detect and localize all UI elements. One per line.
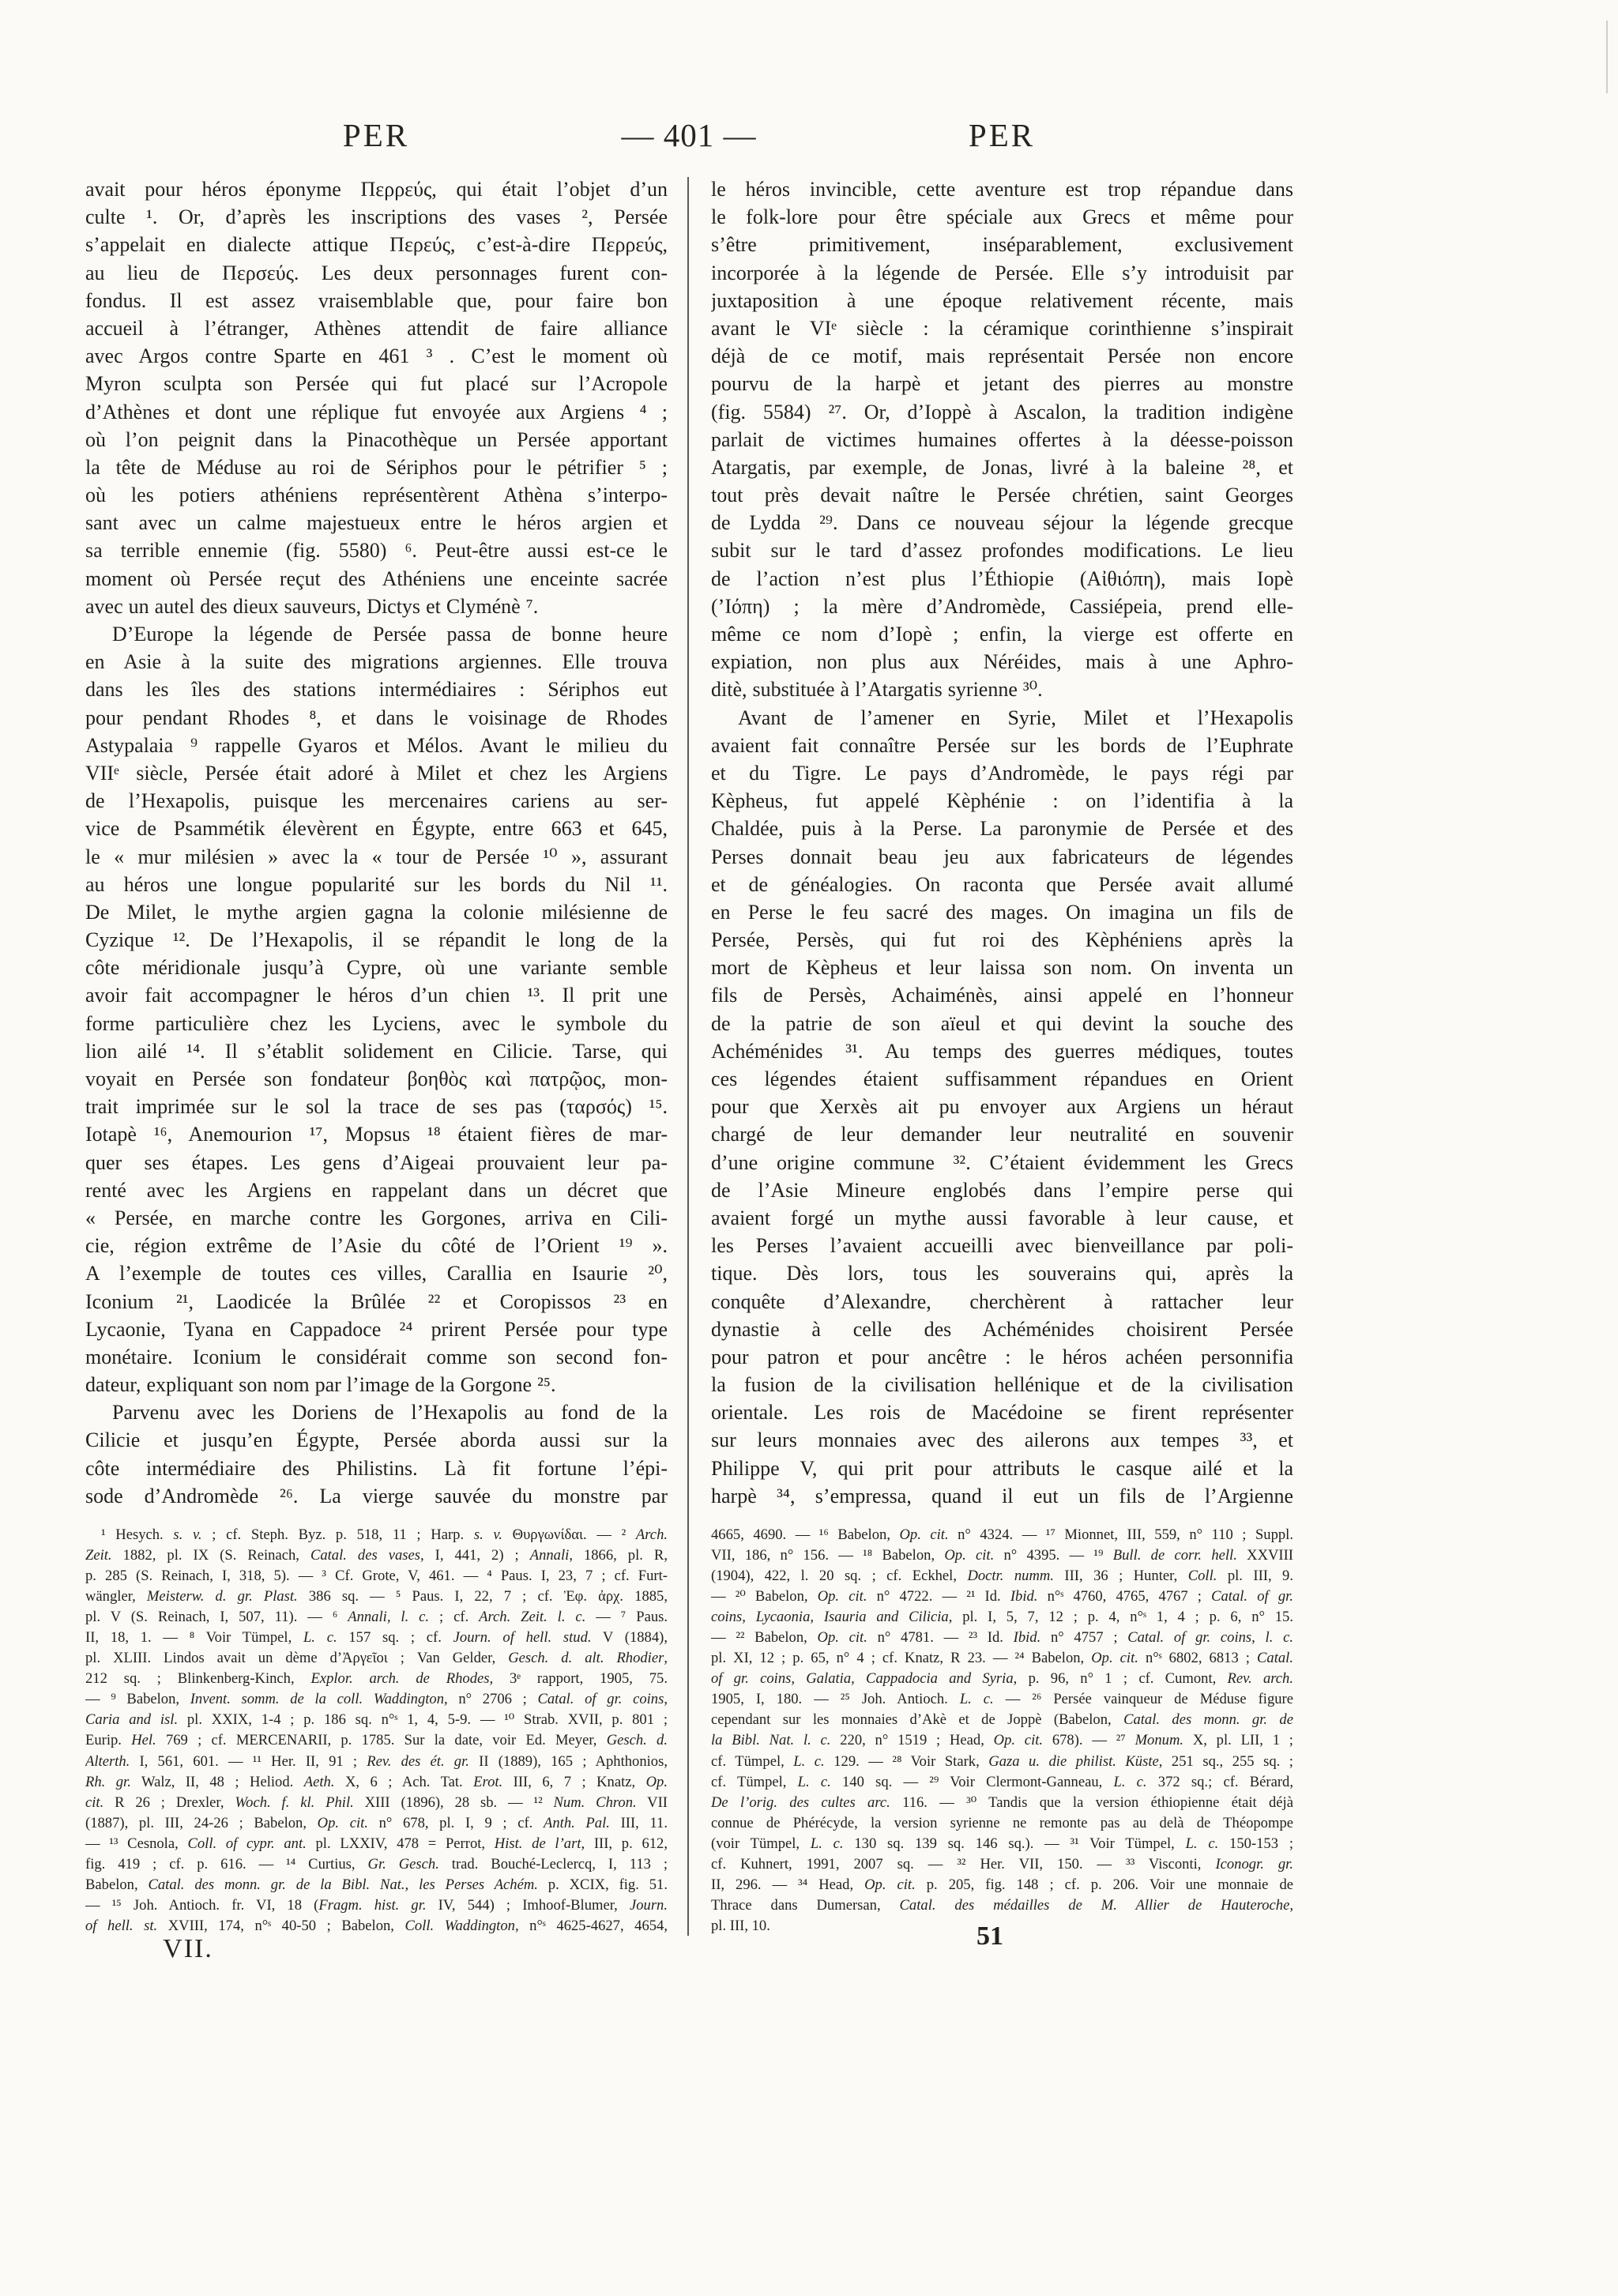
scan-edge-artifact bbox=[1606, 21, 1608, 93]
left-text-column: avait pour héros éponyme Περρεύς, qui ét… bbox=[85, 175, 668, 1510]
body-text-line: conquête d’Alexandre, cherchèrent à ratt… bbox=[711, 1288, 1293, 1315]
body-text-line: expiation, non plus aux Néréides, mais à… bbox=[711, 648, 1293, 676]
body-text-line: et du Tigre. Le pays d’Andromède, le pay… bbox=[711, 759, 1293, 787]
scanned-dictionary-page: PER — 401 — PER avait pour héros éponyme… bbox=[0, 0, 1618, 2296]
body-text-line: Iconium ²¹, Laodicée la Brûlée ²² et Cor… bbox=[85, 1288, 668, 1315]
body-text-line: trait imprimée sur le sol la trace de se… bbox=[85, 1093, 668, 1120]
body-text-line: forme particulière chez les Lyciens, ave… bbox=[85, 1010, 668, 1037]
body-text-line: s’être primitivement, inséparablement, e… bbox=[711, 231, 1293, 258]
body-text-line: de l’Asie Mineure englobés dans l’empire… bbox=[711, 1176, 1293, 1204]
body-text-line: orientale. Les rois de Macédoine se fire… bbox=[711, 1398, 1293, 1426]
body-text-line: les Perses l’avaient accueilli avec bien… bbox=[711, 1232, 1293, 1259]
body-text-line: où l’on peignit dans la Pinacothèque un … bbox=[85, 426, 668, 454]
body-text-line: en Perse le feu sacré des mages. On imag… bbox=[711, 898, 1293, 926]
body-text-line: sode d’Andromède ²⁶. La vierge sauvée du… bbox=[85, 1482, 668, 1510]
body-text-line: harpè ³⁴, s’empressa, quand il eut un fi… bbox=[711, 1482, 1293, 1510]
body-text-line: dans les îles des stations intermédiaire… bbox=[85, 676, 668, 703]
sheet-signature: 51 bbox=[946, 1921, 1033, 1952]
footnote-line: cependant sur les monnaies d’Akè et de J… bbox=[711, 1710, 1293, 1730]
body-text-line: pour pendant Rhodes ⁸, et dans le voisin… bbox=[85, 704, 668, 732]
body-text-line: Philippe V, qui prit pour attributs le c… bbox=[711, 1455, 1293, 1482]
body-text-line: mort de Kèpheus et leur laissa son nom. … bbox=[711, 954, 1293, 981]
body-text-line: Iotapè ¹⁶, Anemourion ¹⁷, Mopsus ¹⁸ étai… bbox=[85, 1120, 668, 1148]
volume-signature: VII. bbox=[125, 1934, 251, 1964]
footnote-line: (1887), pl. III, 24-26 ; Babelon, Op. ci… bbox=[85, 1813, 668, 1834]
body-text-line: VIIᵉ siècle, Persée était adoré à Milet … bbox=[85, 759, 668, 787]
body-text-line: (’Ιόπη) ; la mère d’Andromède, Cassiépei… bbox=[711, 593, 1293, 620]
footnote-line: — ²⁰ Babelon, Op. cit. n° 4722. — ²¹ Id.… bbox=[711, 1586, 1293, 1607]
footnote-line: Eurip. Hel. 769 ; cf. MERCENARII, p. 178… bbox=[85, 1730, 668, 1751]
footnote-line: — ¹⁵ Joh. Antioch. fr. VI, 18 (Fragm. hi… bbox=[85, 1895, 668, 1916]
footnote-line: coins, Lycaonia, Isauria and Cilicia, pl… bbox=[711, 1607, 1293, 1628]
column-divider-rule bbox=[687, 177, 689, 1936]
body-text-line: Atargatis, par exemple, de Jonas, livré … bbox=[711, 454, 1293, 481]
body-text-line: voyait en Persée son fondateur βοηθὸς κα… bbox=[85, 1065, 668, 1093]
body-text-line: D’Europe la légende de Persée passa de b… bbox=[85, 620, 668, 648]
body-text-line: avec un autel des dieux sauveurs, Dictys… bbox=[85, 593, 668, 620]
footnote-line: wängler, Meisterw. d. gr. Plast. 386 sq.… bbox=[85, 1586, 668, 1607]
body-text-line: renté avec les Argiens en rappelant dans… bbox=[85, 1176, 668, 1204]
body-text-line: Lycaonie, Tyana en Cappadoce ²⁴ prirent … bbox=[85, 1315, 668, 1343]
body-text-line: d’une origine commune ³². C’étaient évid… bbox=[711, 1149, 1293, 1176]
body-text-line: incorporée à la légende de Persée. Elle … bbox=[711, 259, 1293, 287]
body-text-line: Persée, Persès, qui fut roi des Kèphénie… bbox=[711, 926, 1293, 954]
body-text-line: s’appelait en dialecte attique Περεύς, c… bbox=[85, 231, 668, 258]
right-footnotes: 4665, 4690. — ¹⁶ Babelon, Op. cit. n° 43… bbox=[711, 1525, 1293, 1937]
body-text-line: côte méridionale jusqu’à Cypre, où une v… bbox=[85, 954, 668, 981]
footnote-line: (1904), 422, l. 20 sq. ; cf. Eckhel, Doc… bbox=[711, 1566, 1293, 1586]
footnote-line: cf. Tümpel, L. c. 129. — ²⁸ Voir Stark, … bbox=[711, 1752, 1293, 1772]
footnote-line: cit. R 26 ; Drexler, Woch. f. kl. Phil. … bbox=[85, 1793, 668, 1813]
footnote-line: VII, 186, n° 156. — ¹⁸ Babelon, Op. cit.… bbox=[711, 1545, 1293, 1566]
body-text-line: dynastie à celle des Achéménides choisir… bbox=[711, 1315, 1293, 1343]
body-text-line: même ce nom d’Iopè ; enfin, la vierge es… bbox=[711, 620, 1293, 648]
body-text-line: quer ses étapes. Les gens d’Aigeai prouv… bbox=[85, 1149, 668, 1176]
body-text-line: A l’exemple de toutes ces villes, Carall… bbox=[85, 1259, 668, 1287]
body-text-line: monétaire. Iconium le considérait comme … bbox=[85, 1343, 668, 1371]
body-text-line: avaient fait connaître Persée sur les bo… bbox=[711, 732, 1293, 759]
footnote-line: II, 18, 1. — ⁸ Voir Tümpel, L. c. 157 sq… bbox=[85, 1628, 668, 1648]
body-text-line: pourvu de la harpè et jetant des pierres… bbox=[711, 370, 1293, 397]
body-text-line: ditè, substituée à l’Atargatis syrienne … bbox=[711, 676, 1293, 703]
body-text-line: moment où Persée reçut des Athéniens une… bbox=[85, 565, 668, 593]
body-text-line: d’Athènes et dont une réplique fut envoy… bbox=[85, 398, 668, 426]
body-text-line: chargé de leur demander leur neutralité … bbox=[711, 1120, 1293, 1148]
body-text-line: subit sur le tard d’assez profondes modi… bbox=[711, 536, 1293, 564]
body-text-line: la tête de Méduse au roi de Sériphos pou… bbox=[85, 454, 668, 481]
body-text-line: De Milet, le mythe argien gagna la colon… bbox=[85, 898, 668, 926]
footnote-line: of gr. coins, Galatia, Cappadocia and Sy… bbox=[711, 1669, 1293, 1689]
body-text-line: lion ailé ¹⁴. Il s’établit solidement en… bbox=[85, 1037, 668, 1065]
body-text-line: cie, région extrême de l’Asie du côté de… bbox=[85, 1232, 668, 1259]
body-text-line: Cyzique ¹². De l’Hexapolis, il se répand… bbox=[85, 926, 668, 954]
body-text-line: de l’Hexapolis, puisque les mercenaires … bbox=[85, 787, 668, 815]
footnote-line: Alterth. I, 561, 601. — ¹¹ Her. II, 91 ;… bbox=[85, 1752, 668, 1772]
footnote-line: 1905, I, 180. — ²⁵ Joh. Antioch. L. c. —… bbox=[711, 1689, 1293, 1710]
body-text-line: de l’action n’est plus l’Éthiopie (Αἰθιό… bbox=[711, 565, 1293, 593]
body-text-line: la fusion de la civilisation hellénique … bbox=[711, 1371, 1293, 1398]
body-text-line: de Lydda ²⁹. Dans ce nouveau séjour la l… bbox=[711, 509, 1293, 536]
body-text-line: culte ¹. Or, d’après les inscriptions de… bbox=[85, 203, 668, 231]
body-text-line: tout près devait naître le Persée chréti… bbox=[711, 481, 1293, 509]
running-title-right: PER bbox=[939, 117, 1065, 153]
body-text-line: Astypalaia ⁹ rappelle Gyaros et Mélos. A… bbox=[85, 732, 668, 759]
body-text-line: avaient forgé un mythe aussi favorable à… bbox=[711, 1204, 1293, 1232]
body-text-line: où les potiers athéniens représentèrent … bbox=[85, 481, 668, 509]
body-text-line: Parvenu avec les Doriens de l’Hexapolis … bbox=[85, 1398, 668, 1426]
footnote-line: connue de Phérécyde, la version syrienne… bbox=[711, 1813, 1293, 1834]
body-text-line: Achéménides ³¹. Au temps des guerres méd… bbox=[711, 1037, 1293, 1065]
footnote-line: p. 285 (S. Reinach, I, 318, 5). — ³ Cf. … bbox=[85, 1566, 668, 1586]
body-text-line: Avant de l’amener en Syrie, Milet et l’H… bbox=[711, 704, 1293, 732]
body-text-line: ces légendes étaient suffisamment répand… bbox=[711, 1065, 1293, 1093]
body-text-line: au lieu de Περσεύς. Les deux personnages… bbox=[85, 259, 668, 287]
body-text-line: le héros invincible, cette aventure est … bbox=[711, 175, 1293, 203]
body-text-line: Chaldée, puis à la Perse. La paronymie d… bbox=[711, 815, 1293, 842]
body-text-line: avait pour héros éponyme Περρεύς, qui ét… bbox=[85, 175, 668, 203]
body-text-line: pour que Xerxès ait pu envoyer aux Argie… bbox=[711, 1093, 1293, 1120]
body-text-line: juxtaposition à une époque relativement … bbox=[711, 287, 1293, 314]
footnote-line: fig. 419 ; cf. p. 616. — ¹⁴ Curtius, Gr.… bbox=[85, 1854, 668, 1875]
body-text-line: en Asie à la suite des migrations argien… bbox=[85, 648, 668, 676]
body-text-line: pour patron et pour ancêtre : le héros a… bbox=[711, 1343, 1293, 1371]
footnote-line: cf. Tümpel, L. c. 140 sq. — ²⁹ Voir Cler… bbox=[711, 1772, 1293, 1793]
footnote-line: ¹ Hesych. s. v. ; cf. Steph. Byz. p. 518… bbox=[85, 1525, 668, 1545]
body-text-line: fils de Persès, Achaiménès, ainsi appelé… bbox=[711, 981, 1293, 1009]
body-text-line: dateur, expliquant son nom par l’image d… bbox=[85, 1371, 668, 1398]
body-text-line: avoir fait accompagner le héros d’un chi… bbox=[85, 981, 668, 1009]
page-number: — 401 — bbox=[594, 117, 784, 153]
body-text-line: « Persée, en marche contre les Gorgones,… bbox=[85, 1204, 668, 1232]
footnote-line: De l’orig. des cultes arc. 116. — ³⁰ Tan… bbox=[711, 1793, 1293, 1813]
footnote-line: cf. Kuhnert, 1991, 2007 sq. — ³² Her. VI… bbox=[711, 1854, 1293, 1875]
body-text-line: fondus. Il est assez vraisemblable que, … bbox=[85, 287, 668, 314]
body-text-line: Cilicie et jusqu’en Égypte, Persée abord… bbox=[85, 1426, 668, 1454]
body-text-line: avant le VIᵉ siècle : la céramique corin… bbox=[711, 314, 1293, 342]
body-text-line: Perses donnait beau jeu aux fabricateurs… bbox=[711, 843, 1293, 871]
footnote-line: la Bibl. Nat. l. c. 220, n° 1519 ; Head,… bbox=[711, 1730, 1293, 1751]
body-text-line: le folk-lore pour être spéciale aux Grec… bbox=[711, 203, 1293, 231]
left-footnotes: ¹ Hesych. s. v. ; cf. Steph. Byz. p. 518… bbox=[85, 1525, 668, 1937]
footnote-line: 212 sq. ; Blinkenberg-Kinch, Explor. arc… bbox=[85, 1669, 668, 1689]
body-text-line: Myron sculpta son Persée qui fut placé s… bbox=[85, 370, 668, 397]
body-text-line: déjà de ce motif, mais représentait Pers… bbox=[711, 342, 1293, 370]
body-text-line: sa terrible ennemie (fig. 5580) ⁶. Peut-… bbox=[85, 536, 668, 564]
body-text-line: le « mur milésien » avec la « tour de Pe… bbox=[85, 843, 668, 871]
footnote-line: (voir Tümpel, L. c. 130 sq. 139 sq. 146 … bbox=[711, 1834, 1293, 1854]
footnote-line: pl. XLIII. Lindos avait un dème d’Ἀργεῖο… bbox=[85, 1648, 668, 1669]
footnote-line: Rh. gr. Walz, II, 48 ; Heliod. Aeth. X, … bbox=[85, 1772, 668, 1793]
footnote-line: pl. V (S. Reinach, I, 507, 11). — ⁶ Anna… bbox=[85, 1607, 668, 1628]
body-text-line: accueil à l’étranger, Athènes attendit d… bbox=[85, 314, 668, 342]
running-title-left: PER bbox=[313, 117, 439, 153]
footnote-line: Thrace dans Dumersan, Catal. des médaill… bbox=[711, 1895, 1293, 1916]
footnote-line: — ²² Babelon, Op. cit. n° 4781. — ²³ Id.… bbox=[711, 1628, 1293, 1648]
body-text-line: sur leurs monnaies avec des ailerons aux… bbox=[711, 1426, 1293, 1454]
body-text-line: de la patrie de son aïeul et qui devint … bbox=[711, 1010, 1293, 1037]
body-text-line: Kèpheus, fut appelé Kèphénie : on l’iden… bbox=[711, 787, 1293, 815]
body-text-line: côte intermédiaire des Philistins. Là fi… bbox=[85, 1455, 668, 1482]
footnote-line: pl. XI, 12 ; p. 65, n° 4 ; cf. Knatz, R … bbox=[711, 1648, 1293, 1669]
footnote-line: — ⁹ Babelon, Invent. somm. de la coll. W… bbox=[85, 1689, 668, 1710]
footnote-line: — ¹³ Cesnola, Coll. of cypr. ant. pl. LX… bbox=[85, 1834, 668, 1854]
body-text-line: au héros une longue popularité sur les b… bbox=[85, 871, 668, 898]
footnote-line: Caria and isl. pl. XXIX, 1-4 ; p. 186 sq… bbox=[85, 1710, 668, 1730]
body-text-line: et de généalogies. On raconta que Persée… bbox=[711, 871, 1293, 898]
body-text-line: parlait de victimes humaines offertes à … bbox=[711, 426, 1293, 454]
body-text-line: (fig. 5584) ²⁷. Or, d’Ioppè à Ascalon, l… bbox=[711, 398, 1293, 426]
body-text-line: sant avec un calme majestueux entre le h… bbox=[85, 509, 668, 536]
footnote-line: Zeit. 1882, pl. IX (S. Reinach, Catal. d… bbox=[85, 1545, 668, 1566]
right-text-column: le héros invincible, cette aventure est … bbox=[711, 175, 1293, 1510]
footnote-line: Babelon, Catal. des monn. gr. de la Bibl… bbox=[85, 1875, 668, 1895]
footnote-line: II, 296. — ³⁴ Head, Op. cit. p. 205, fig… bbox=[711, 1875, 1293, 1895]
body-text-line: avec Argos contre Sparte en 461 ³ . C’es… bbox=[85, 342, 668, 370]
body-text-line: vice de Psammétik élevèrent en Égypte, e… bbox=[85, 815, 668, 842]
footnote-line: 4665, 4690. — ¹⁶ Babelon, Op. cit. n° 43… bbox=[711, 1525, 1293, 1545]
body-text-line: tique. Dès lors, tous les souverains qui… bbox=[711, 1259, 1293, 1287]
